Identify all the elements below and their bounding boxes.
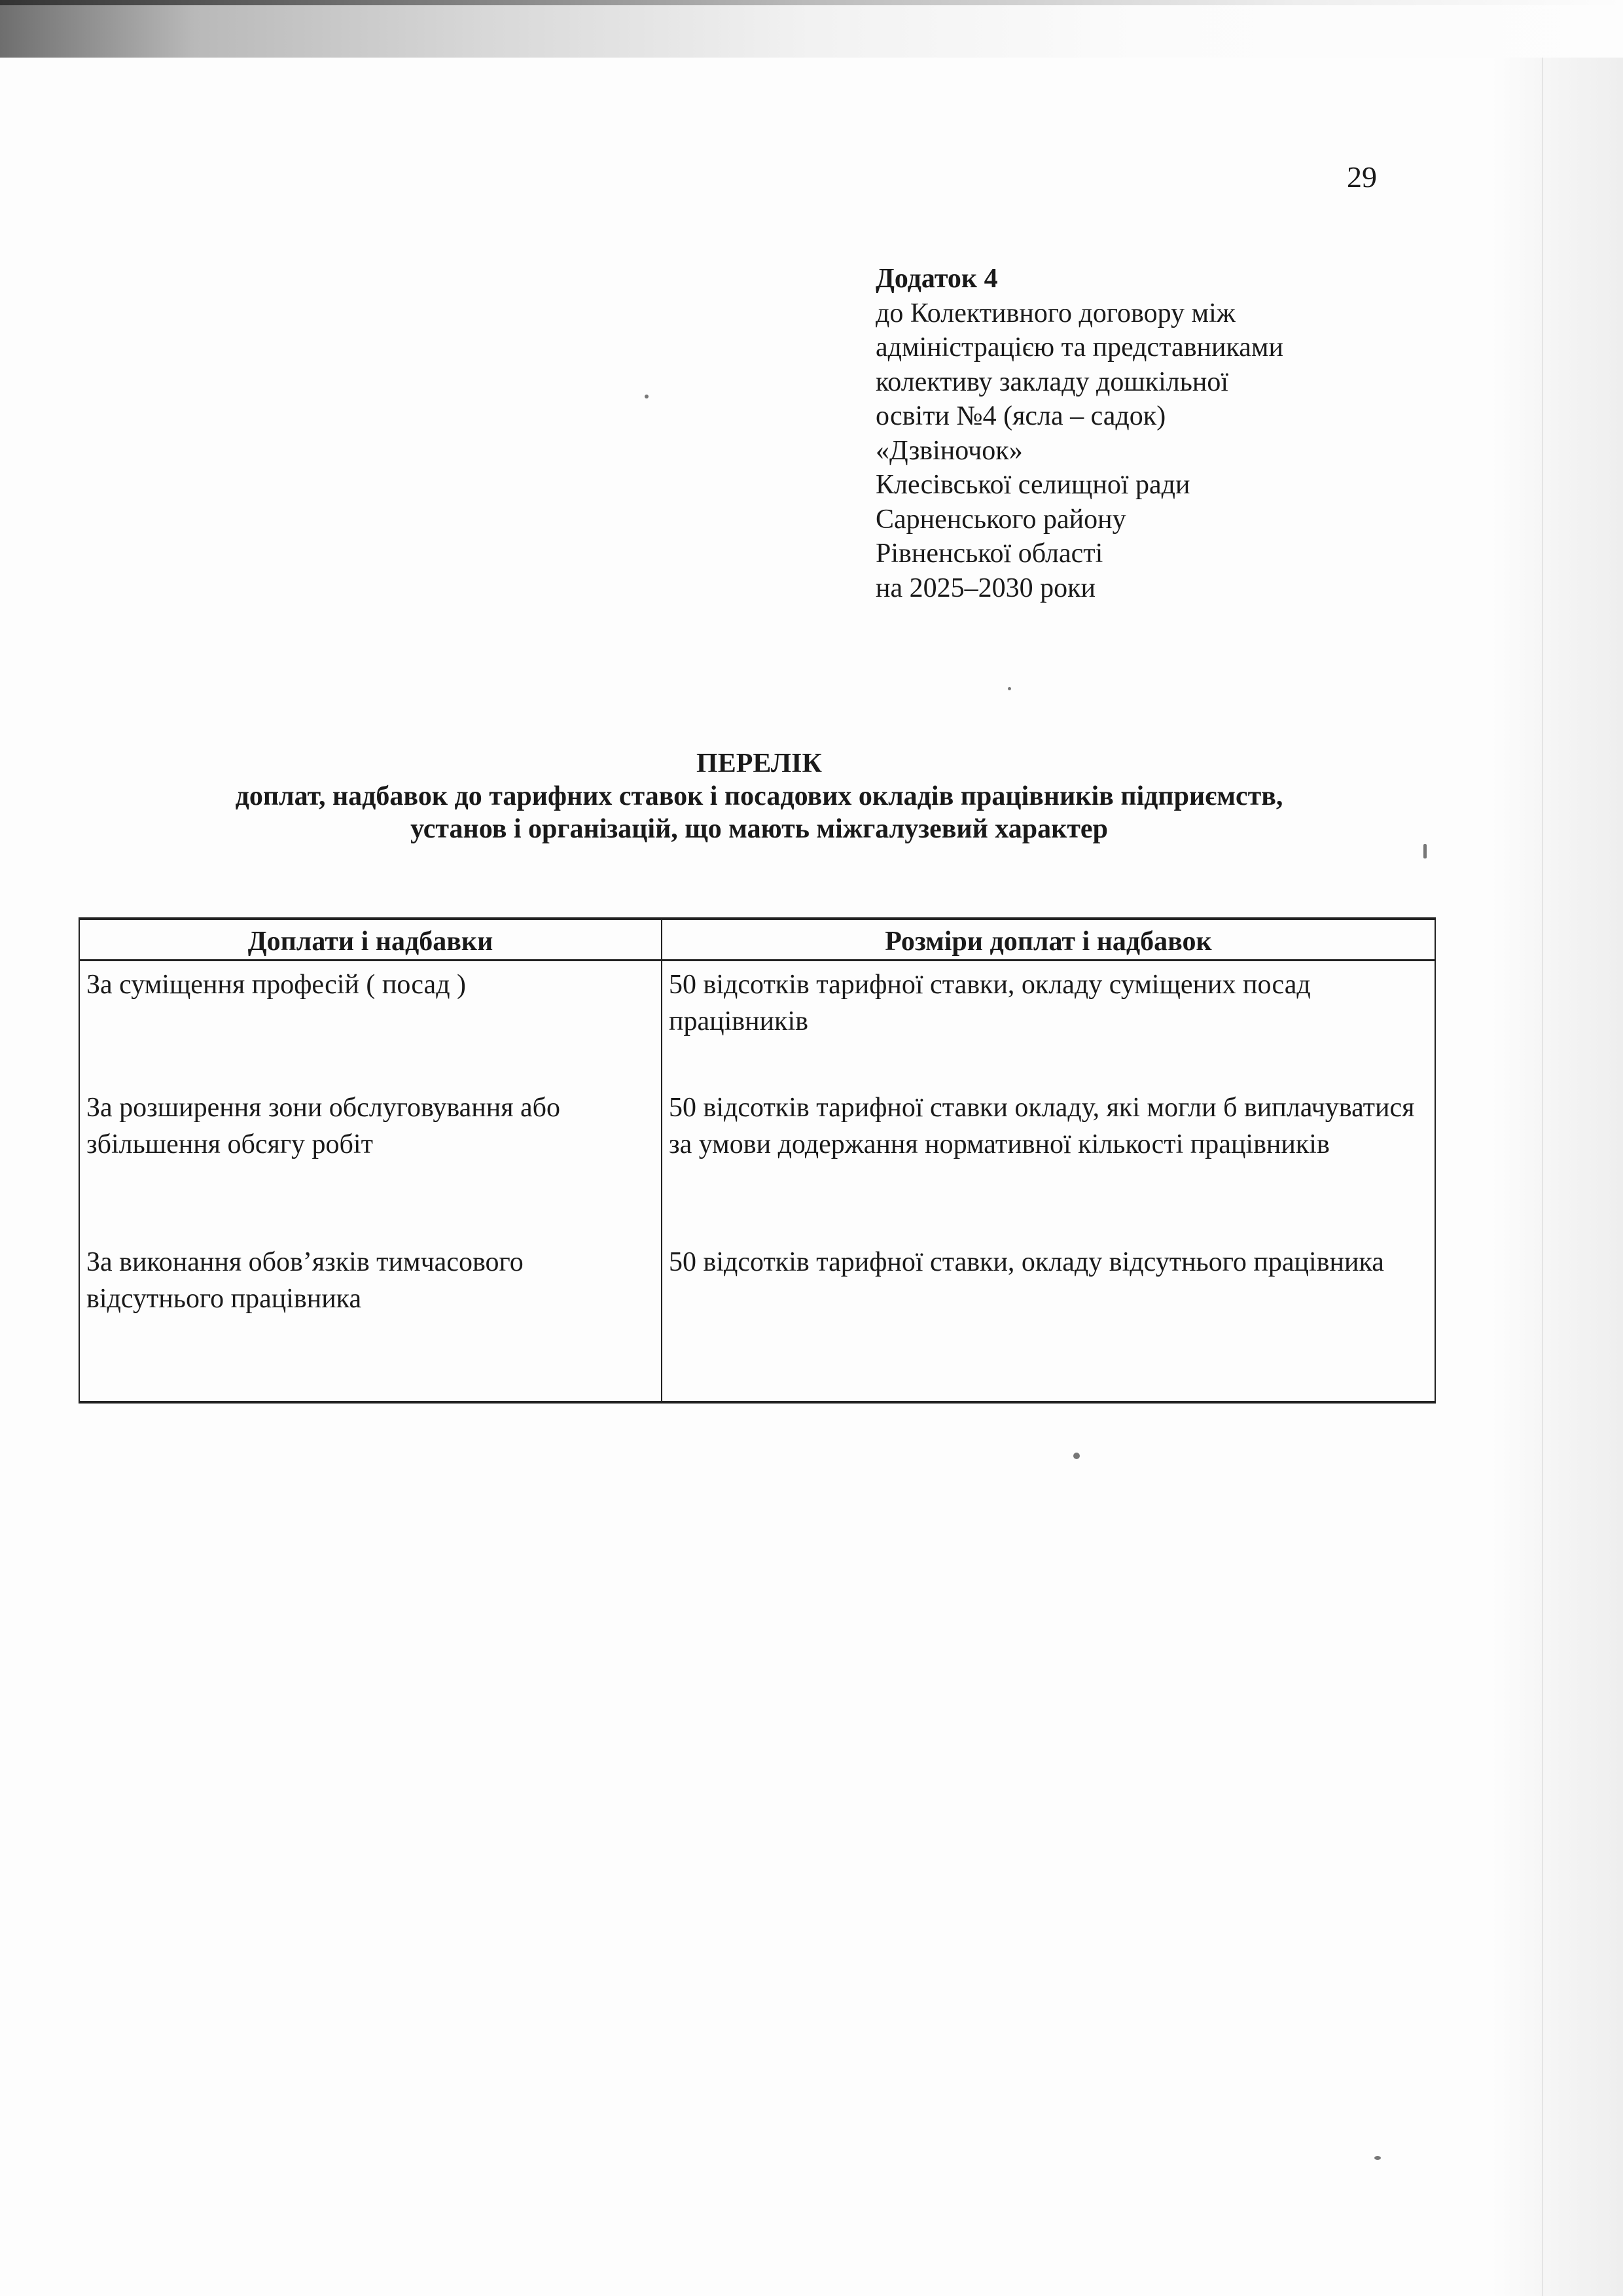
addendum-line: «Дзвіночок» [876,434,1283,468]
table-header-row: Доплати і надбавки Розміри доплат і надб… [79,919,1435,961]
addendum-block: Додаток 4 до Колективного договору між а… [876,262,1283,605]
addendum-line: Сарненського району [876,503,1283,537]
allowance-type-cell: За розширення зони обслуговування або зб… [79,1084,662,1239]
allowance-type-cell: За виконання обов’язків тимчасового відс… [79,1239,662,1402]
allowances-table: Доплати і надбавки Розміри доплат і надб… [79,917,1436,1404]
addendum-line: Клесівської селищної ради [876,468,1283,503]
allowance-size-cell: 50 відсотків тарифної ставки, окладу від… [662,1239,1435,1402]
page-number: 29 [1347,160,1377,194]
scan-speck [1073,1453,1080,1459]
addendum-line: колективу закладу дошкільної [876,365,1283,400]
heading-title: ПЕРЕЛІК [79,747,1440,780]
addendum-line: Рівненської області [876,537,1283,571]
addendum-line: до Колективного договору між [876,296,1283,331]
scan-speck [1374,2156,1381,2160]
addendum-line: адміністрацією та представниками [876,330,1283,365]
scan-speck [645,395,649,398]
allowance-size-cell: 50 відсотків тарифної ставки, окладу сум… [662,961,1435,1085]
scan-edge-top [0,0,1623,58]
column-header-allowance-size: Розміри доплат і надбавок [662,919,1435,961]
scan-speck [1008,687,1011,690]
heading-subtitle-line: установ і організацій, що мають міжгалуз… [79,813,1440,845]
table-row: За суміщення професій ( посад ) 50 відсо… [79,961,1435,1085]
allowance-size-cell: 50 відсотків тарифної ставки окладу, які… [662,1084,1435,1239]
addendum-line: освіти №4 (ясла – садок) [876,399,1283,434]
table-row: За розширення зони обслуговування або зб… [79,1084,1435,1239]
allowance-type-cell: За суміщення професій ( посад ) [79,961,662,1085]
scan-edge-right [1492,58,1623,2296]
scan-speck [1423,844,1427,858]
addendum-line: на 2025–2030 роки [876,571,1283,606]
table-row: За виконання обов’язків тимчасового відс… [79,1239,1435,1402]
addendum-title: Додаток 4 [876,262,1283,296]
document-heading: ПЕРЕЛІК доплат, надбавок до тарифних ста… [79,747,1440,845]
heading-subtitle-line: доплат, надбавок до тарифних ставок і по… [79,780,1440,813]
column-header-allowance-type: Доплати і надбавки [79,919,662,961]
